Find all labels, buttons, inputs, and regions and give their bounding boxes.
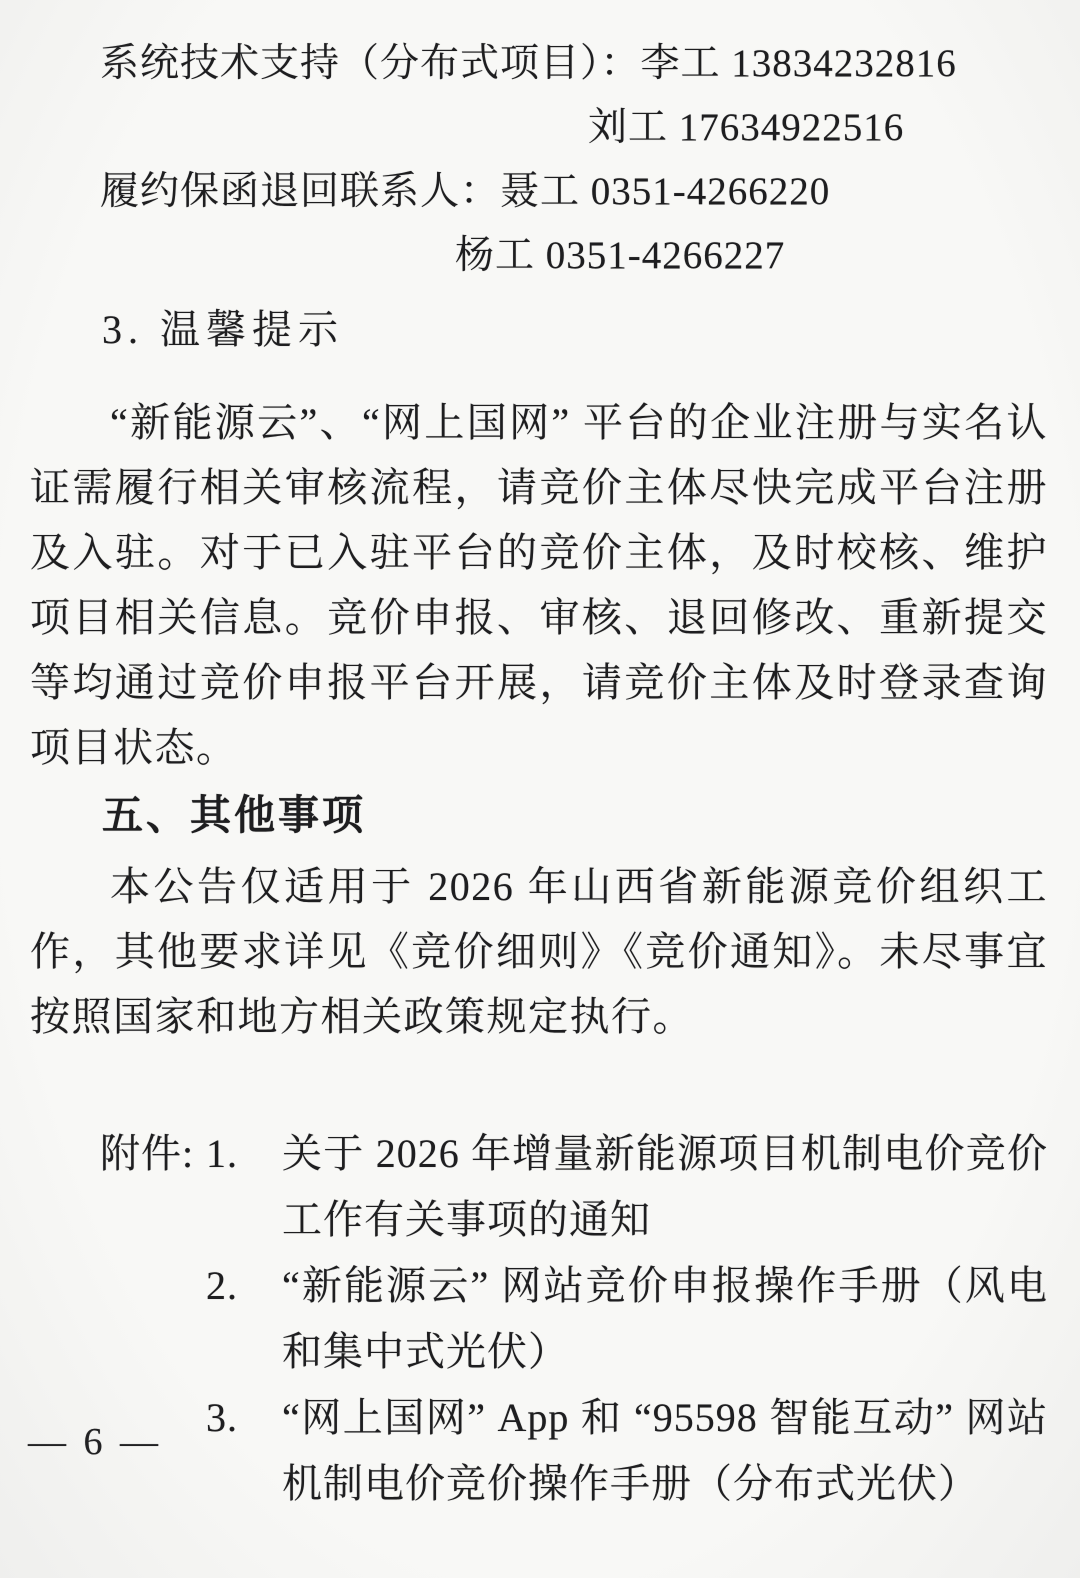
attachments-block: 附件: 1. 关于 2026 年增量新能源项目机制电价竞价工作有关事项的通知 2… xyxy=(100,1121,1048,1517)
page-number: — 6 — xyxy=(28,1420,162,1464)
attachment-row-1: 附件: 1. 关于 2026 年增量新能源项目机制电价竞价工作有关事项的通知 xyxy=(100,1121,1048,1253)
contact-line-guarantee-return: 履约保函退回联系人：聂工 0351-4266220 xyxy=(100,160,1048,224)
tips-section-paragraph: “新能源云”、“网上国网” 平台的企业注册与实名认证需履行相关审核流程，请竞价主… xyxy=(30,390,1048,780)
attachment-2-number: 2. xyxy=(206,1253,282,1385)
contact-block: 系统技术支持（分布式项目）：李工 13834232816 刘工 17634922… xyxy=(30,32,1048,288)
contact-line-guarantee-return-cont: 杨工 0351-4266227 xyxy=(455,224,1048,288)
other-items-paragraph: 本公告仅适用于 2026 年山西省新能源竞价组织工作，其他要求详见《竞价细则》《… xyxy=(30,854,1048,1049)
attachment-3-title: “网上国网” App 和 “95598 智能互动” 网站机制电价竞价操作手册（分… xyxy=(282,1385,1048,1517)
attachment-1-number: 1. xyxy=(206,1121,282,1253)
attachment-1-title: 关于 2026 年增量新能源项目机制电价竞价工作有关事项的通知 xyxy=(282,1121,1048,1253)
tips-section-heading: 3. 温馨提示 xyxy=(102,308,1048,352)
contact-line-system-support-cont: 刘工 17634922516 xyxy=(588,96,1048,160)
attachments-label-spacer xyxy=(100,1253,206,1385)
attachment-row-3: 3. “网上国网” App 和 “95598 智能互动” 网站机制电价竞价操作手… xyxy=(100,1385,1048,1517)
attachment-2-title: “新能源云” 网站竞价申报操作手册（风电和集中式光伏） xyxy=(282,1253,1048,1385)
contact-line-system-support: 系统技术支持（分布式项目）：李工 13834232816 xyxy=(100,32,1048,96)
other-items-heading: 五、其他事项 xyxy=(102,792,1048,838)
document-page: 系统技术支持（分布式项目）：李工 13834232816 刘工 17634922… xyxy=(0,0,1080,1578)
attachment-row-2: 2. “新能源云” 网站竞价申报操作手册（风电和集中式光伏） xyxy=(100,1253,1048,1385)
attachment-3-number: 3. xyxy=(206,1385,282,1517)
attachments-label: 附件: xyxy=(100,1121,206,1253)
